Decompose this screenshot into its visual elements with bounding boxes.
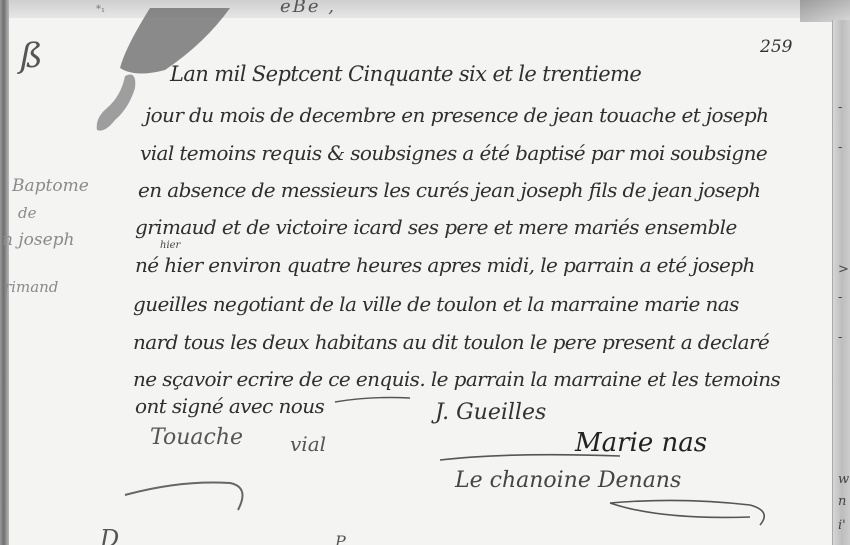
signature-flourish-icon (430, 440, 630, 470)
margin-note-line: n joseph (2, 230, 74, 250)
record-line-2: jour du mois de decembre en presence de … (145, 103, 768, 127)
binding-edge (0, 0, 9, 545)
signature-chanoine-denans: Le chanoine Denans (455, 468, 681, 493)
record-line-1: Lan mil Septcent Cinquante six et le tre… (170, 62, 641, 86)
folio-mark: ß (20, 36, 43, 76)
right-edge-fragment: - (838, 140, 842, 155)
margin-note-line: rimand (4, 278, 58, 296)
record-line-10: ont signé avec nous (135, 394, 324, 418)
next-record-fragment: P (335, 532, 346, 545)
right-edge-fragment: - (838, 100, 842, 115)
margin-note-line: Baptome (12, 176, 89, 196)
next-record-fragment: D (100, 525, 119, 545)
right-edge-fragment: - (838, 290, 842, 305)
signature-gueilles: J. Gueilles (435, 400, 546, 425)
page-number: 259 (760, 37, 792, 57)
margin-note-line: de (18, 204, 36, 222)
right-edge-fragment: > (838, 262, 849, 277)
right-edge-fragment: - (838, 330, 842, 345)
register-page: eBe , *₁ ß 259 Baptome de n joseph riman… (0, 0, 850, 545)
page-corner-shadow (800, 0, 850, 22)
top-strip-text: eBe , (280, 0, 336, 17)
signature-touache: Touache (150, 425, 243, 450)
record-line-4: en absence de messieurs les curés jean j… (138, 178, 760, 202)
signature-flourish-icon (600, 495, 780, 535)
signature-flourish-icon (120, 455, 260, 515)
record-line-9: ne sçavoir ecrire de ce enquis. le parra… (133, 367, 780, 391)
record-line-7: gueilles negotiant de la ville de toulon… (133, 292, 739, 316)
right-edge-fragment: n (838, 494, 846, 509)
interlinear-insertion: hier (160, 240, 180, 251)
signature-vial: vial (290, 432, 326, 456)
right-edge-fragment: i' (838, 518, 846, 533)
right-edge-fragment: w (838, 472, 849, 487)
signature-flourish-icon (330, 390, 420, 410)
adjacent-page-edge (832, 20, 850, 545)
record-line-5: grimaud et de victoire icard ses pere et… (135, 215, 737, 239)
record-line-3: vial temoins requis & soubsignes a été b… (140, 141, 767, 165)
record-line-6: né hier environ quatre heures apres midi… (135, 253, 755, 277)
record-line-8: nard tous les deux habitans au dit toulo… (133, 330, 769, 354)
